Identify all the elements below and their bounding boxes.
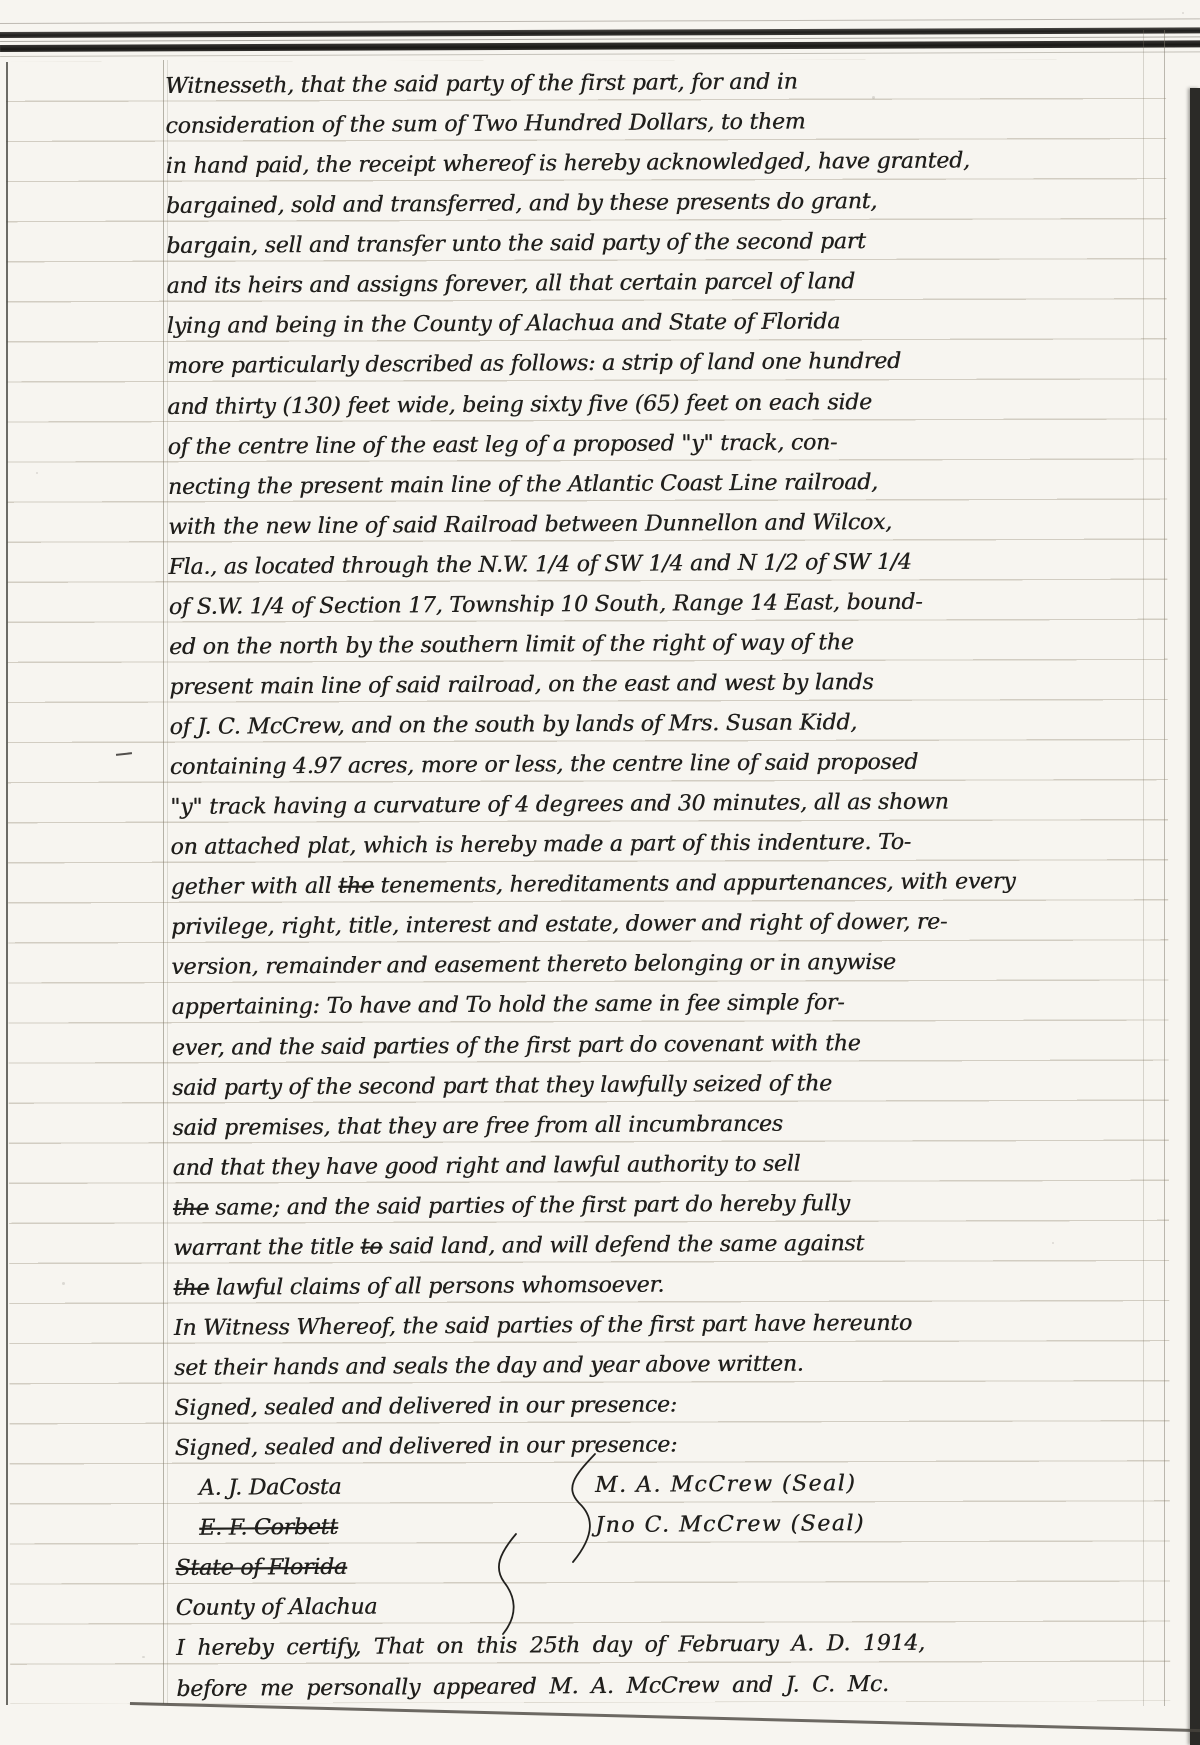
left-margin-line <box>163 60 164 1704</box>
notary-line: County of Alachua <box>176 1582 1181 1629</box>
handwritten-line: appertaining: To have and To hold the sa… <box>171 981 1176 1028</box>
handwritten-line: of S.W. 1/4 of Section 17, Township 10 S… <box>169 581 1174 628</box>
handwritten-line: in hand paid, the receipt whereof is her… <box>166 140 1171 187</box>
handwritten-line: gether with all the tenements, hereditam… <box>171 861 1176 908</box>
handwritten-line: bargained, sold and transferred, and by … <box>166 180 1171 227</box>
notary-line: State of Florida <box>175 1542 1180 1589</box>
grantor-signature: Jno C. McCrew (Seal) <box>595 1504 865 1546</box>
handwritten-line: version, remainder and easement thereto … <box>171 941 1176 988</box>
handwritten-line: and thirty (130) feet wide, being sixty … <box>167 380 1172 427</box>
handwritten-line: the same; and the said parties of the fi… <box>173 1182 1178 1229</box>
handwritten-line: Signed, sealed and delivered in our pres… <box>174 1382 1179 1429</box>
handwritten-line: ed on the north by the southern limit of… <box>169 621 1174 668</box>
notary-line: I hereby certify, That on this 25th day … <box>176 1622 1181 1669</box>
handwritten-line: the lawful claims of all persons whomsoe… <box>173 1262 1178 1309</box>
handwritten-line: of J. C. McCrew, and on the south by lan… <box>169 701 1174 748</box>
handwritten-line: consideration of the sum of Two Hundred … <box>165 100 1170 147</box>
handwritten-line: privilege, right, title, interest and es… <box>171 901 1176 948</box>
top-thin-rule <box>0 18 1200 24</box>
witness-signature: E. F. Corbett <box>199 1508 338 1549</box>
handwritten-line: bargain, sell and transfer unto the said… <box>166 220 1171 267</box>
handwritten-line: containing 4.97 acres, more or less, the… <box>170 741 1175 788</box>
signature-row: E. F. Corbett Jno C. McCrew (Seal) <box>175 1502 1180 1549</box>
handwritten-line: Witnesseth, that the said party of the f… <box>165 60 1170 107</box>
scan-right-edge <box>1190 88 1200 1745</box>
handwritten-line: "y" track having a curvature of 4 degree… <box>170 781 1175 828</box>
handwritten-text: Witnesseth, that the said party of the f… <box>165 60 1181 1710</box>
handwritten-line: warrant the title to said land, and will… <box>173 1222 1178 1269</box>
top-thick-rule-2 <box>0 40 1200 52</box>
handwritten-line: with the new line of said Railroad betwe… <box>168 501 1173 548</box>
deed-page-scan: Witnesseth, that the said party of the f… <box>0 0 1200 1745</box>
handwritten-line: said party of the second part that they … <box>172 1062 1177 1109</box>
page-left-edge <box>6 62 8 1705</box>
handwritten-line: present main line of said railroad, on t… <box>169 661 1174 708</box>
signature-row: A. J. DaCosta M. A. McCrew (Seal) <box>175 1462 1180 1509</box>
handwritten-line: lying and being in the County of Alachua… <box>167 300 1172 347</box>
signature-brace-mark <box>560 1452 602 1564</box>
handwritten-line: and its heirs and assigns forever, all t… <box>166 260 1171 307</box>
witness-signature: A. J. DaCosta <box>199 1468 342 1509</box>
handwritten-line: ever, and the said parties of the first … <box>172 1021 1177 1068</box>
handwritten-line: necting the present main line of the Atl… <box>168 461 1173 508</box>
handwritten-line: Fla., as located through the N.W. 1/4 of… <box>168 541 1173 588</box>
handwritten-line: set their hands and seals the day and ye… <box>174 1342 1179 1389</box>
grantor-signature: M. A. McCrew (Seal) <box>595 1464 857 1506</box>
handwritten-line: and that they have good right and lawful… <box>173 1142 1178 1189</box>
top-thin-rule-3 <box>0 51 1200 57</box>
handwritten-line: more particularly described as follows: … <box>167 340 1172 387</box>
handwritten-line: of the centre line of the east leg of a … <box>168 421 1173 468</box>
handwritten-line: on attached plat, which is hereby made a… <box>170 821 1175 868</box>
handwritten-line: Signed, sealed and delivered in our pres… <box>175 1422 1180 1469</box>
handwritten-line: said premises, that they are free from a… <box>172 1102 1177 1149</box>
handwritten-line: In Witness Whereof, the said parties of … <box>174 1302 1179 1349</box>
notary-line: before me personally appeared M. A. McCr… <box>176 1662 1181 1709</box>
notary-brace-mark <box>488 1532 526 1636</box>
